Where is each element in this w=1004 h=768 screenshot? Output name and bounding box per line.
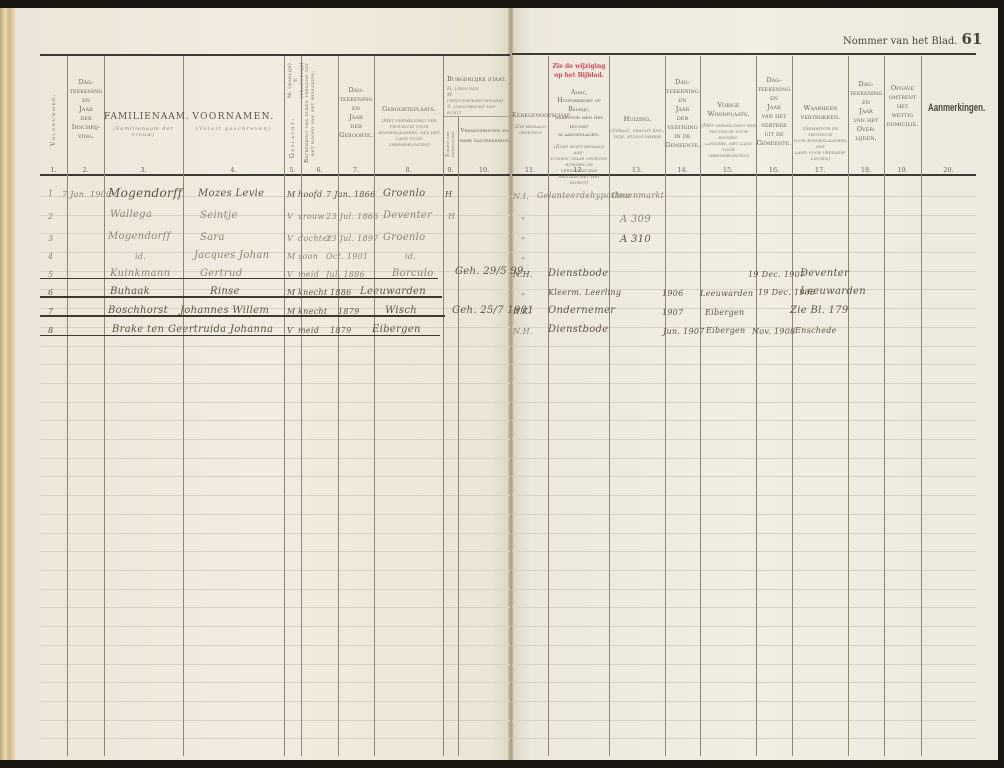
header-col-9-sub: Tijdstip der huwelijking bbox=[446, 125, 456, 163]
entry-4-family-name: id. bbox=[135, 252, 146, 261]
ruled-line bbox=[40, 420, 510, 421]
header-col-17-subtitle: (Gemeente en provincie voor binnenlander… bbox=[793, 126, 848, 162]
col-number: 18. bbox=[848, 166, 884, 174]
entry-6-settled: 1906 bbox=[662, 289, 684, 298]
entry-2-sex: V bbox=[287, 212, 293, 221]
ruled-line bbox=[512, 514, 976, 515]
entry-6-occupation: Kleerm. Leerling bbox=[548, 288, 621, 297]
entry-6-strikethrough bbox=[40, 296, 442, 298]
ruled-line bbox=[512, 402, 976, 403]
header-col-12-title: Ambt, Hoofdberoep of Bedrijf, waarvoor m… bbox=[555, 89, 603, 139]
header-col-15-title: Vorige Woonplaats. bbox=[708, 101, 750, 118]
col-number: 16. bbox=[756, 166, 792, 174]
col-divider bbox=[338, 56, 339, 756]
entry-3-address: A 310 bbox=[620, 234, 651, 245]
entry-8-occupation: Dienstbode bbox=[548, 324, 608, 335]
header-col-13-title: Huizing. bbox=[624, 115, 652, 123]
ruled-line bbox=[512, 701, 976, 702]
header-col-10: Veranderingen en hare dagteekening bbox=[459, 126, 510, 146]
entry-3-religion: " bbox=[521, 236, 525, 245]
entry-3-birthplace: Groenlo bbox=[383, 232, 425, 243]
entry-1-relation: hoofd bbox=[298, 190, 322, 199]
ruled-line bbox=[512, 570, 976, 571]
col-divider bbox=[609, 56, 610, 756]
header-col-12-subtitle: (Elke moet bepaald aan- duiden; waar geg… bbox=[549, 144, 609, 186]
entry-3-given-names: Sara bbox=[200, 232, 225, 243]
header-col-2: Dag- teekening en Jaar der Inschrij- vin… bbox=[68, 78, 104, 141]
entry-8-family-name: Brake ten bbox=[112, 324, 164, 335]
ruled-line bbox=[512, 533, 976, 534]
page-number-label: Nommer van het Blad.61 bbox=[843, 30, 982, 48]
header-col-11-subtitle: (Zie bepaald opgeven) bbox=[512, 124, 548, 136]
header-col-3-subtitle: (Familienaam der vrouw) bbox=[104, 126, 183, 138]
entry-2-birth-date: 23 Jul. 1866 bbox=[326, 212, 379, 221]
entry-8-sex: V bbox=[287, 326, 293, 335]
ruled-line bbox=[40, 439, 510, 440]
ruled-line bbox=[40, 495, 510, 496]
entry-1-sex: M bbox=[287, 190, 296, 199]
col-number: 10. bbox=[458, 166, 510, 174]
header-col-8-subtitle: (Met vermelding der provincie voor binne… bbox=[376, 118, 442, 148]
col-number: 6. bbox=[301, 166, 338, 174]
entry-6-religion: " bbox=[521, 292, 525, 301]
ruled-line bbox=[512, 439, 976, 440]
entry-1-religion: N.I. bbox=[513, 192, 529, 201]
header-col-3-title: FAMILIENAAM. bbox=[104, 112, 190, 122]
col-number: 1. bbox=[40, 166, 67, 174]
ruled-line bbox=[40, 589, 510, 590]
entry-7-religion: R.K. bbox=[513, 307, 531, 316]
col-divider bbox=[756, 56, 757, 756]
ruled-line bbox=[40, 626, 510, 627]
page-label-text: Nommer van het Blad. bbox=[843, 36, 958, 47]
ruled-line bbox=[40, 402, 510, 403]
entry-1-no: 1 bbox=[48, 189, 53, 198]
ruled-line bbox=[512, 738, 976, 739]
ruled-line bbox=[512, 551, 976, 552]
ruled-line bbox=[40, 383, 510, 384]
col-number: 11. bbox=[512, 166, 548, 174]
entry-4-relation: zoon bbox=[298, 252, 318, 261]
entry-3-no: 3 bbox=[48, 234, 53, 243]
col-divider bbox=[104, 56, 105, 756]
col-divider bbox=[374, 56, 375, 756]
header-col-18: Dag- teekening en Jaar van het Over- lij… bbox=[848, 80, 884, 143]
ruled-line bbox=[512, 626, 976, 627]
ruled-line bbox=[512, 645, 976, 646]
ruled-line bbox=[40, 664, 510, 665]
entry-8-settled: Jun. 1907 bbox=[663, 327, 705, 336]
ruled-line bbox=[512, 252, 976, 253]
entry-2-civil-status: H bbox=[448, 212, 455, 221]
entry-8-given-names: Geertruida Johanna bbox=[168, 324, 273, 335]
ruled-line bbox=[512, 233, 976, 234]
ruled-line bbox=[40, 682, 510, 683]
col-divider bbox=[301, 56, 302, 756]
header-col-17: Waarheen vertrokken. (Gemeente en provin… bbox=[793, 95, 848, 171]
col-number: 15. bbox=[700, 166, 756, 174]
col-divider bbox=[67, 56, 68, 756]
ruled-line bbox=[40, 514, 510, 515]
ruled-line bbox=[40, 645, 510, 646]
header-col-13: Huizing. (Straat, gracht enz., wijk, hui… bbox=[610, 106, 665, 149]
entry-1-civil-status: H bbox=[445, 190, 452, 199]
entry-5-strikethrough bbox=[40, 278, 438, 279]
entry-3-family-name: Mogendorff bbox=[108, 231, 171, 242]
ruled-line bbox=[512, 383, 976, 384]
col-number: 17. bbox=[792, 166, 848, 174]
header-col-5-sub: M. (manlijk) V. (vrouwelijk) bbox=[287, 60, 305, 100]
col-number: 20. bbox=[921, 166, 976, 174]
ruled-line bbox=[512, 589, 976, 590]
entry-1-family-name: Mogendorff bbox=[108, 186, 183, 200]
ruled-line bbox=[512, 476, 976, 477]
entry-8-no: 8 bbox=[48, 326, 53, 335]
col-number: 13. bbox=[609, 166, 665, 174]
header-top-rule-right bbox=[512, 53, 976, 55]
col-number: 5. bbox=[284, 166, 301, 174]
col-divider bbox=[848, 56, 849, 756]
ruled-line bbox=[40, 533, 510, 534]
entry-1-given-names: Mozes Levie bbox=[198, 188, 264, 199]
col-divider bbox=[284, 56, 285, 756]
header-col-13-subtitle: (Straat, gracht enz., wijk, huisnummer) bbox=[610, 128, 665, 140]
entry-1-birthplace: Groenlo bbox=[383, 188, 425, 199]
ruled-line bbox=[512, 364, 976, 365]
header-col-17-title: Waarheen vertrokken. bbox=[801, 104, 841, 121]
ruled-line bbox=[40, 701, 510, 702]
entry-7-occupation: Ondernemer bbox=[548, 305, 615, 316]
entry-2-given-names: Seintje bbox=[200, 210, 238, 221]
entry-2-family-name: Wallega bbox=[110, 209, 152, 220]
header-col-7: Dag- teekening en Jaar der Geboorte. bbox=[338, 86, 374, 140]
entry-8-destination: Enschede bbox=[795, 326, 837, 335]
header-top-rule-left bbox=[40, 54, 510, 56]
entry-8-religion: N.H. bbox=[513, 327, 533, 336]
col-divider bbox=[921, 56, 922, 756]
entry-7-previous-residence: Eibergen bbox=[705, 308, 745, 317]
header-col-15-subtitle: (Met vermelding der provincie voor binne… bbox=[701, 123, 756, 159]
header-col-3: FAMILIENAAM. (Familienaam der vrouw) bbox=[104, 104, 183, 147]
entry-4-no: 4 bbox=[48, 252, 53, 261]
ruled-line bbox=[512, 682, 976, 683]
entry-1-address: Groenmarkt bbox=[612, 191, 664, 200]
entry-3-sex: V bbox=[287, 234, 293, 243]
col-number: 19. bbox=[884, 166, 921, 174]
header-col-16: Dag- teekening en Jaar van het vertrek u… bbox=[756, 76, 792, 148]
entry-4-sex: M bbox=[287, 252, 296, 261]
entry-5-departure-date: 19 Dec. 1907 bbox=[748, 270, 805, 279]
ruled-line bbox=[512, 458, 976, 459]
entry-8-birthplace: Eibergen bbox=[372, 324, 421, 335]
ruled-line bbox=[512, 420, 976, 421]
header-col-6: Betrekking van elken persoon tot het hoo… bbox=[304, 58, 334, 168]
col-divider bbox=[183, 56, 184, 756]
col-number: 7. bbox=[338, 166, 374, 174]
header-col-1: Volgnummer. bbox=[50, 90, 57, 150]
ruled-line bbox=[40, 327, 510, 328]
ruled-line bbox=[40, 551, 510, 552]
header-col-14: Dag- teekening en Jaar der vestiging in … bbox=[665, 78, 700, 150]
page-number: 61 bbox=[962, 30, 983, 48]
entry-1-birth-date: 7 Jan. 1866 bbox=[326, 190, 376, 199]
header-bottom-rule-left bbox=[40, 174, 510, 176]
header-col-12-red-note: Zie de wijziging op het Bijblad. bbox=[549, 62, 609, 80]
bottom-frame bbox=[0, 760, 1004, 768]
ruled-line bbox=[40, 570, 510, 571]
header-col-20: Aanmerkingen. bbox=[928, 102, 985, 114]
header-col-15: Vorige Woonplaats. (Met vermelding der p… bbox=[701, 92, 756, 168]
header-col-9-title: Burgerlijke staat. bbox=[447, 75, 507, 83]
entry-8-departure-date: Nov. 1908 bbox=[752, 327, 796, 336]
col-number: 3. bbox=[104, 166, 183, 174]
entry-8-relation: meid bbox=[298, 326, 319, 335]
entry-2-relation: vrouw bbox=[298, 212, 325, 221]
ruled-line bbox=[40, 476, 510, 477]
register-book: Nommer van het Blad.61 Volgnummer. Dag- … bbox=[0, 0, 1004, 768]
entry-8-previous-residence: Eibergen bbox=[706, 326, 746, 335]
ruled-line bbox=[512, 720, 976, 721]
entry-3-birth-date: 23 Jul. 1897 bbox=[326, 234, 379, 243]
entry-5-religion: N.H. bbox=[513, 270, 533, 279]
ruled-line bbox=[40, 738, 510, 739]
ruled-line bbox=[40, 346, 510, 347]
ruled-line bbox=[512, 607, 976, 608]
header-col-19: Opgave omtrent het wettig domicilie. bbox=[884, 84, 921, 129]
ruled-line bbox=[40, 364, 510, 365]
entry-6-previous-residence: Leeuwarden bbox=[700, 289, 753, 298]
col-divider bbox=[443, 56, 444, 756]
header-col-5: Geslacht. bbox=[289, 118, 296, 158]
header-col-12: Ambt, Hoofdberoep of Bedrijf, waarvoor m… bbox=[549, 80, 609, 194]
col-number: 9. bbox=[443, 166, 458, 174]
entry-4-birthplace: id. bbox=[405, 252, 416, 261]
header-col-4-subtitle: (Voluit geschreven) bbox=[183, 126, 284, 132]
ruled-line bbox=[512, 346, 976, 347]
entry-7-strikethrough bbox=[40, 315, 445, 317]
entry-1-registered: 7 Jan. 1900 bbox=[62, 190, 112, 199]
entry-8-strikethrough bbox=[40, 335, 440, 336]
col-number: 2. bbox=[67, 166, 104, 174]
entry-5-occupation: Dienstbode bbox=[548, 268, 608, 279]
col-number: 8. bbox=[374, 166, 443, 174]
col-divider bbox=[665, 56, 666, 756]
header-col-8: Geboorteplaats. (Met vermelding der prov… bbox=[376, 96, 442, 157]
header-col-9-10: Burgerlijke staat. H. (gehuwd) W. (weduw… bbox=[444, 66, 510, 125]
entry-4-religion: " bbox=[521, 256, 525, 265]
entry-2-religion: " bbox=[521, 216, 525, 225]
col-divider bbox=[884, 56, 885, 756]
entry-2-address: A 309 bbox=[620, 214, 651, 225]
header-col-11: Kerkgenootschap. (Zie bepaald opgeven) bbox=[512, 102, 548, 145]
entry-4-birth-date: Oct. 1901 bbox=[326, 252, 368, 261]
col-number: 14. bbox=[665, 166, 700, 174]
entry-5-destination: Deventer bbox=[800, 268, 849, 279]
entry-6-destination: Leeuwarden bbox=[800, 286, 866, 297]
ruled-line bbox=[512, 664, 976, 665]
ruled-line bbox=[40, 720, 510, 721]
entry-2-birthplace: Deventer bbox=[383, 210, 432, 221]
entry-2-no: 2 bbox=[48, 212, 53, 221]
col-divider bbox=[458, 116, 459, 756]
ruled-line bbox=[40, 458, 510, 459]
col-number: 4. bbox=[183, 166, 284, 174]
header-col-4-title: VOORNAMEN. bbox=[192, 112, 274, 122]
entry-4-given-names: Jacques Johan bbox=[194, 250, 269, 261]
header-col-9-subtitle: H. (gehuwd) W. (weduwe/weduwnaar) S. (ge… bbox=[444, 86, 510, 116]
ruled-line bbox=[40, 252, 510, 253]
header-col-8-title: Geboorteplaats. bbox=[382, 105, 436, 113]
header-col-4: VOORNAMEN. (Voluit geschreven) bbox=[183, 104, 284, 141]
entry-8-birth-date: 1879 bbox=[330, 326, 352, 335]
page-edge-stack bbox=[0, 8, 16, 760]
ruled-line bbox=[40, 607, 510, 608]
entry-7-settled: 1907 bbox=[662, 308, 684, 317]
col-number: 12. bbox=[548, 166, 609, 174]
ruled-line bbox=[512, 215, 976, 216]
ruled-line bbox=[512, 495, 976, 496]
entry-7-destination: Zie Bl. 179 bbox=[790, 305, 849, 316]
